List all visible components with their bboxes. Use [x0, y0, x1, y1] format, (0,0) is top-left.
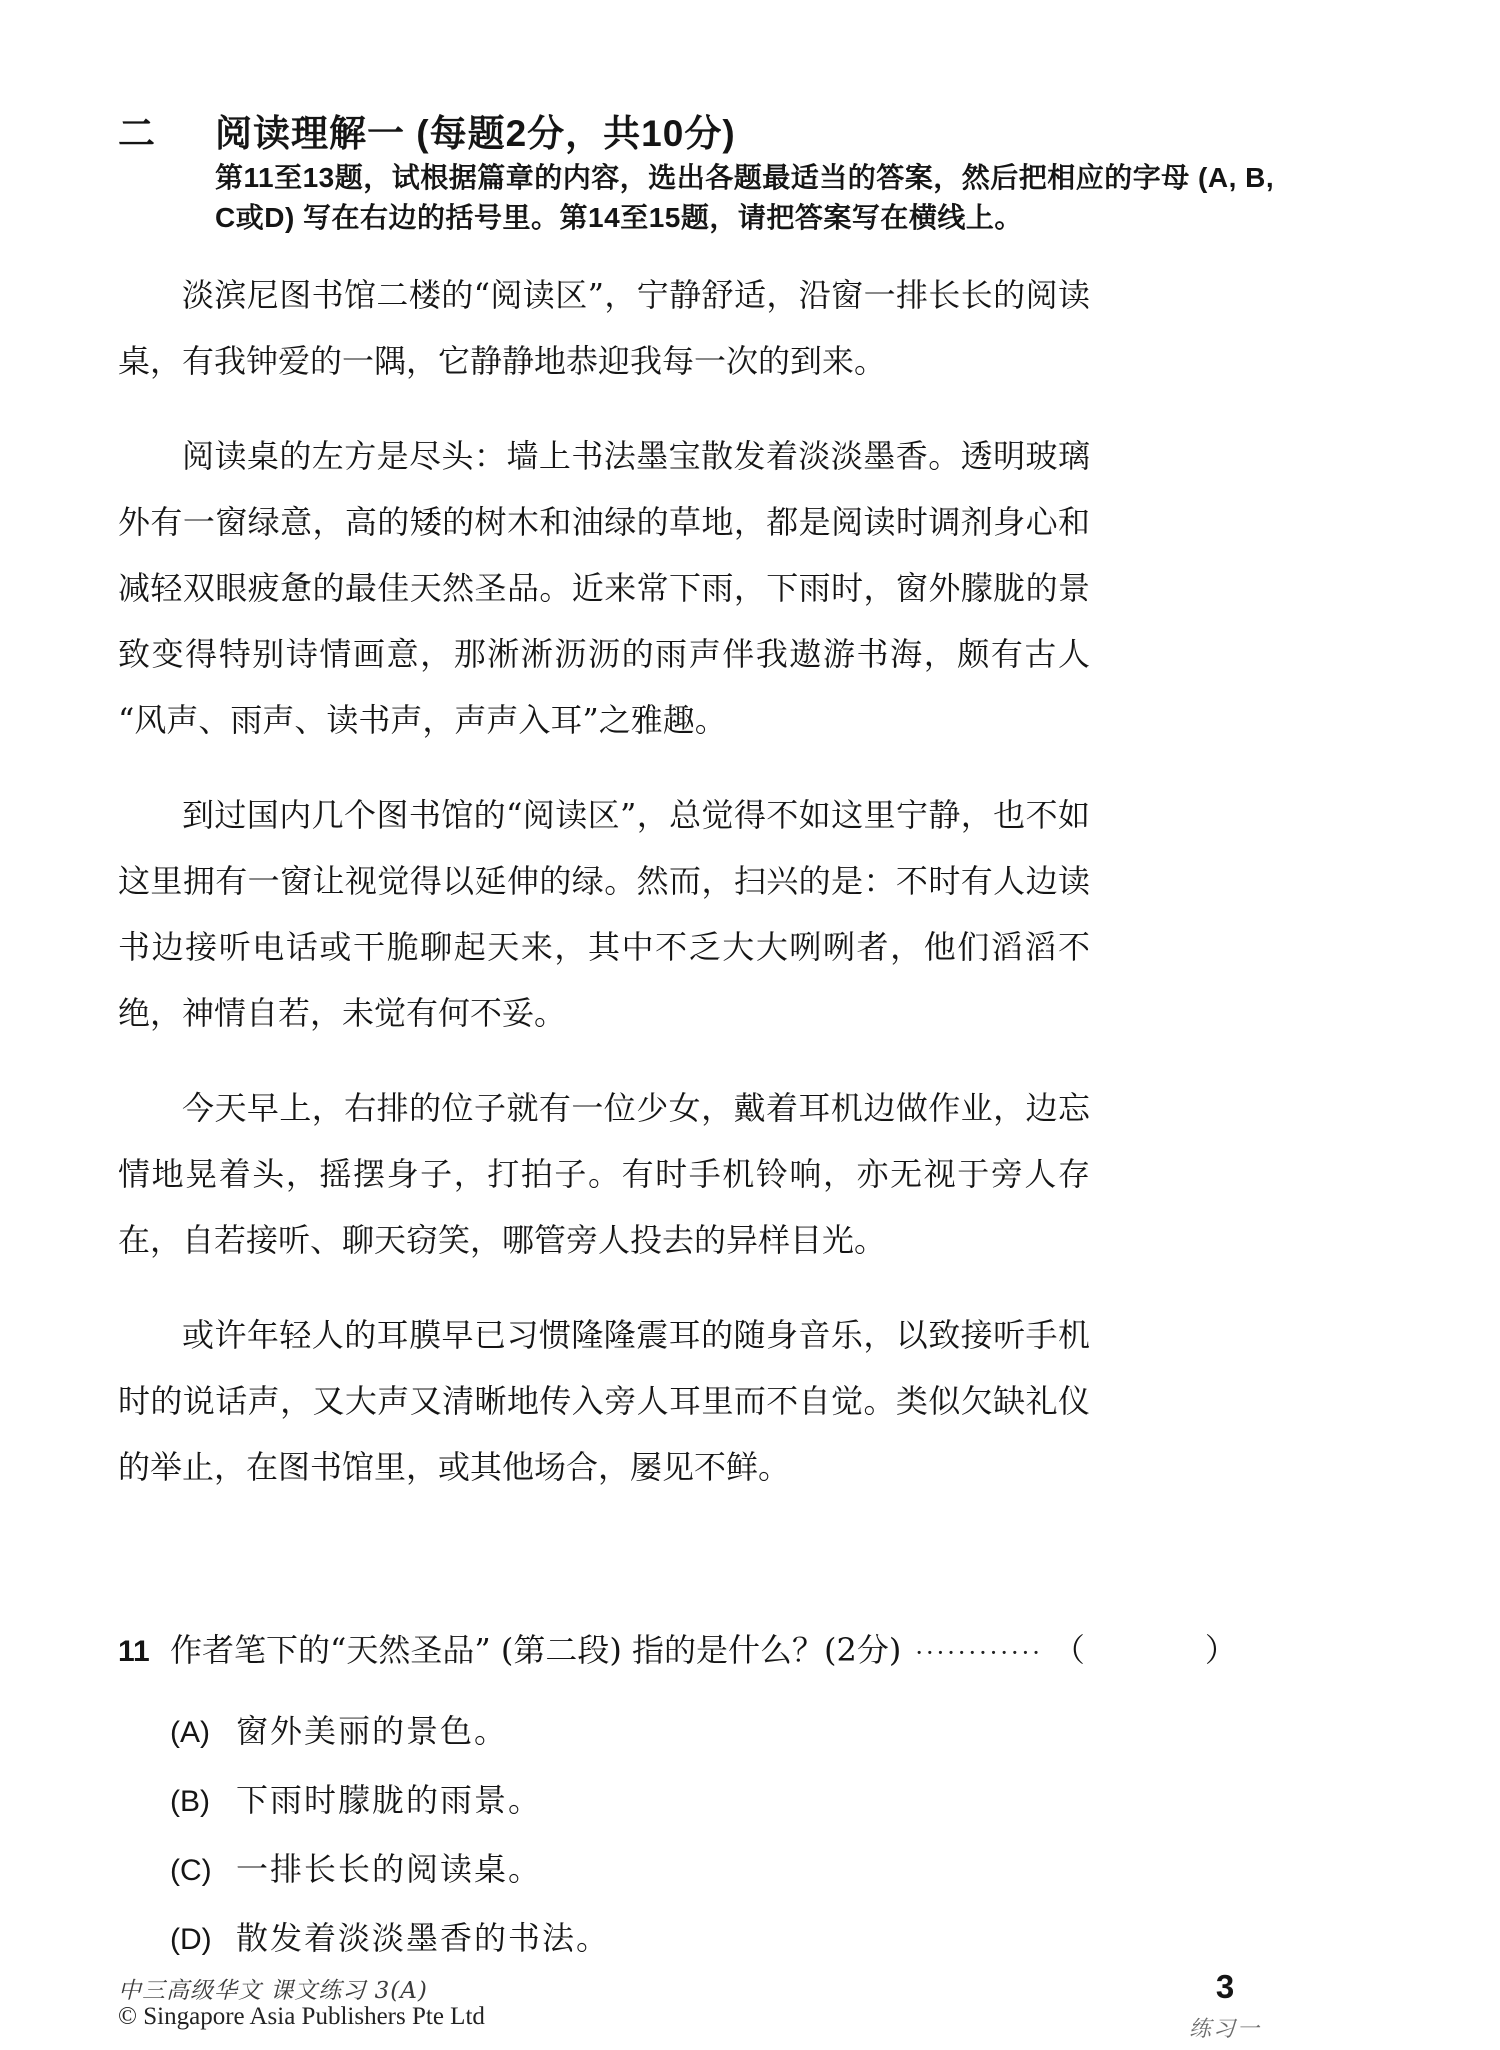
option-a-text: 窗外美丽的景色。: [236, 1706, 508, 1752]
reading-passage: 淡滨尼图书馆二楼的“阅读区”，宁静舒适，沿窗一排长长的阅读桌，有我钟爱的一隅，它…: [118, 262, 1090, 1529]
question-number: 11: [118, 1635, 170, 1669]
worksheet-page: 二 阅读理解一 (每题2分，共10分) 第11至13题，试根据篇章的内容，选出各…: [0, 0, 1500, 2050]
option-c-text: 一排长长的阅读桌。: [236, 1844, 542, 1890]
passage-paragraph-2: 阅读桌的左方是尽头：墙上书法墨宝散发着淡淡墨香。透明玻璃外有一窗绿意，高的矮的树…: [118, 423, 1090, 753]
section-title: 阅读理解一 (每题2分，共10分): [215, 103, 736, 157]
answer-bracket: （ ）: [1053, 1625, 1243, 1671]
section-header: 二 阅读理解一 (每题2分，共10分): [118, 103, 736, 157]
option-b: (B) 下雨时朦胧的雨景。: [170, 1775, 1070, 1844]
option-c-label: (C): [170, 1854, 236, 1888]
option-d-text: 散发着淡淡墨香的书法。: [236, 1913, 610, 1959]
question-text: 作者笔下的“天然圣品” (第二段) 指的是什么？(2分): [170, 1625, 901, 1671]
option-b-text: 下雨时朦胧的雨景。: [236, 1775, 542, 1821]
passage-paragraph-3: 到过国内几个图书馆的“阅读区”，总觉得不如这里宁静，也不如这里拥有一窗让视觉得以…: [118, 782, 1090, 1046]
option-b-label: (B): [170, 1785, 236, 1819]
option-a: (A) 窗外美丽的景色。: [170, 1706, 1070, 1775]
instructions-line-2: C或D) 写在右边的括号里。第14至15题，请把答案写在横线上。: [215, 198, 1135, 238]
option-c: (C) 一排长长的阅读桌。: [170, 1844, 1070, 1913]
option-d-label: (D): [170, 1923, 236, 1957]
instructions: 第11至13题，试根据篇章的内容，选出各题最适当的答案，然后把相应的字母 (A,…: [215, 158, 1135, 238]
passage-paragraph-4: 今天早上，右排的位子就有一位少女，戴着耳机边做作业，边忘情地晃着头，摇摆身子，打…: [118, 1075, 1090, 1273]
passage-paragraph-1: 淡滨尼图书馆二楼的“阅读区”，宁静舒适，沿窗一排长长的阅读桌，有我钟爱的一隅，它…: [118, 262, 1090, 394]
dotted-leader: ············: [915, 1639, 1043, 1667]
question-11-options: (A) 窗外美丽的景色。 (B) 下雨时朦胧的雨景。 (C) 一排长长的阅读桌。…: [170, 1706, 1070, 1982]
footer-book-title: 中三高级华文 课文练习 3(A): [118, 1972, 428, 2005]
footer-publisher: © Singapore Asia Publishers Pte Ltd: [118, 2003, 485, 2031]
passage-paragraph-5: 或许年轻人的耳膜早已习惯隆隆震耳的随身音乐，以致接听手机时的说话声，又大声又清晰…: [118, 1302, 1090, 1500]
instructions-line-1: 第11至13题，试根据篇章的内容，选出各题最适当的答案，然后把相应的字母 (A,…: [215, 158, 1135, 198]
section-number: 二: [118, 103, 215, 157]
footer-exercise-label: 练习一: [1180, 2012, 1270, 2043]
option-a-label: (A): [170, 1716, 236, 1750]
footer-page-number: 3: [1180, 1968, 1270, 2006]
question-11: 11 作者笔下的“天然圣品” (第二段) 指的是什么？(2分) ········…: [118, 1625, 1408, 1671]
